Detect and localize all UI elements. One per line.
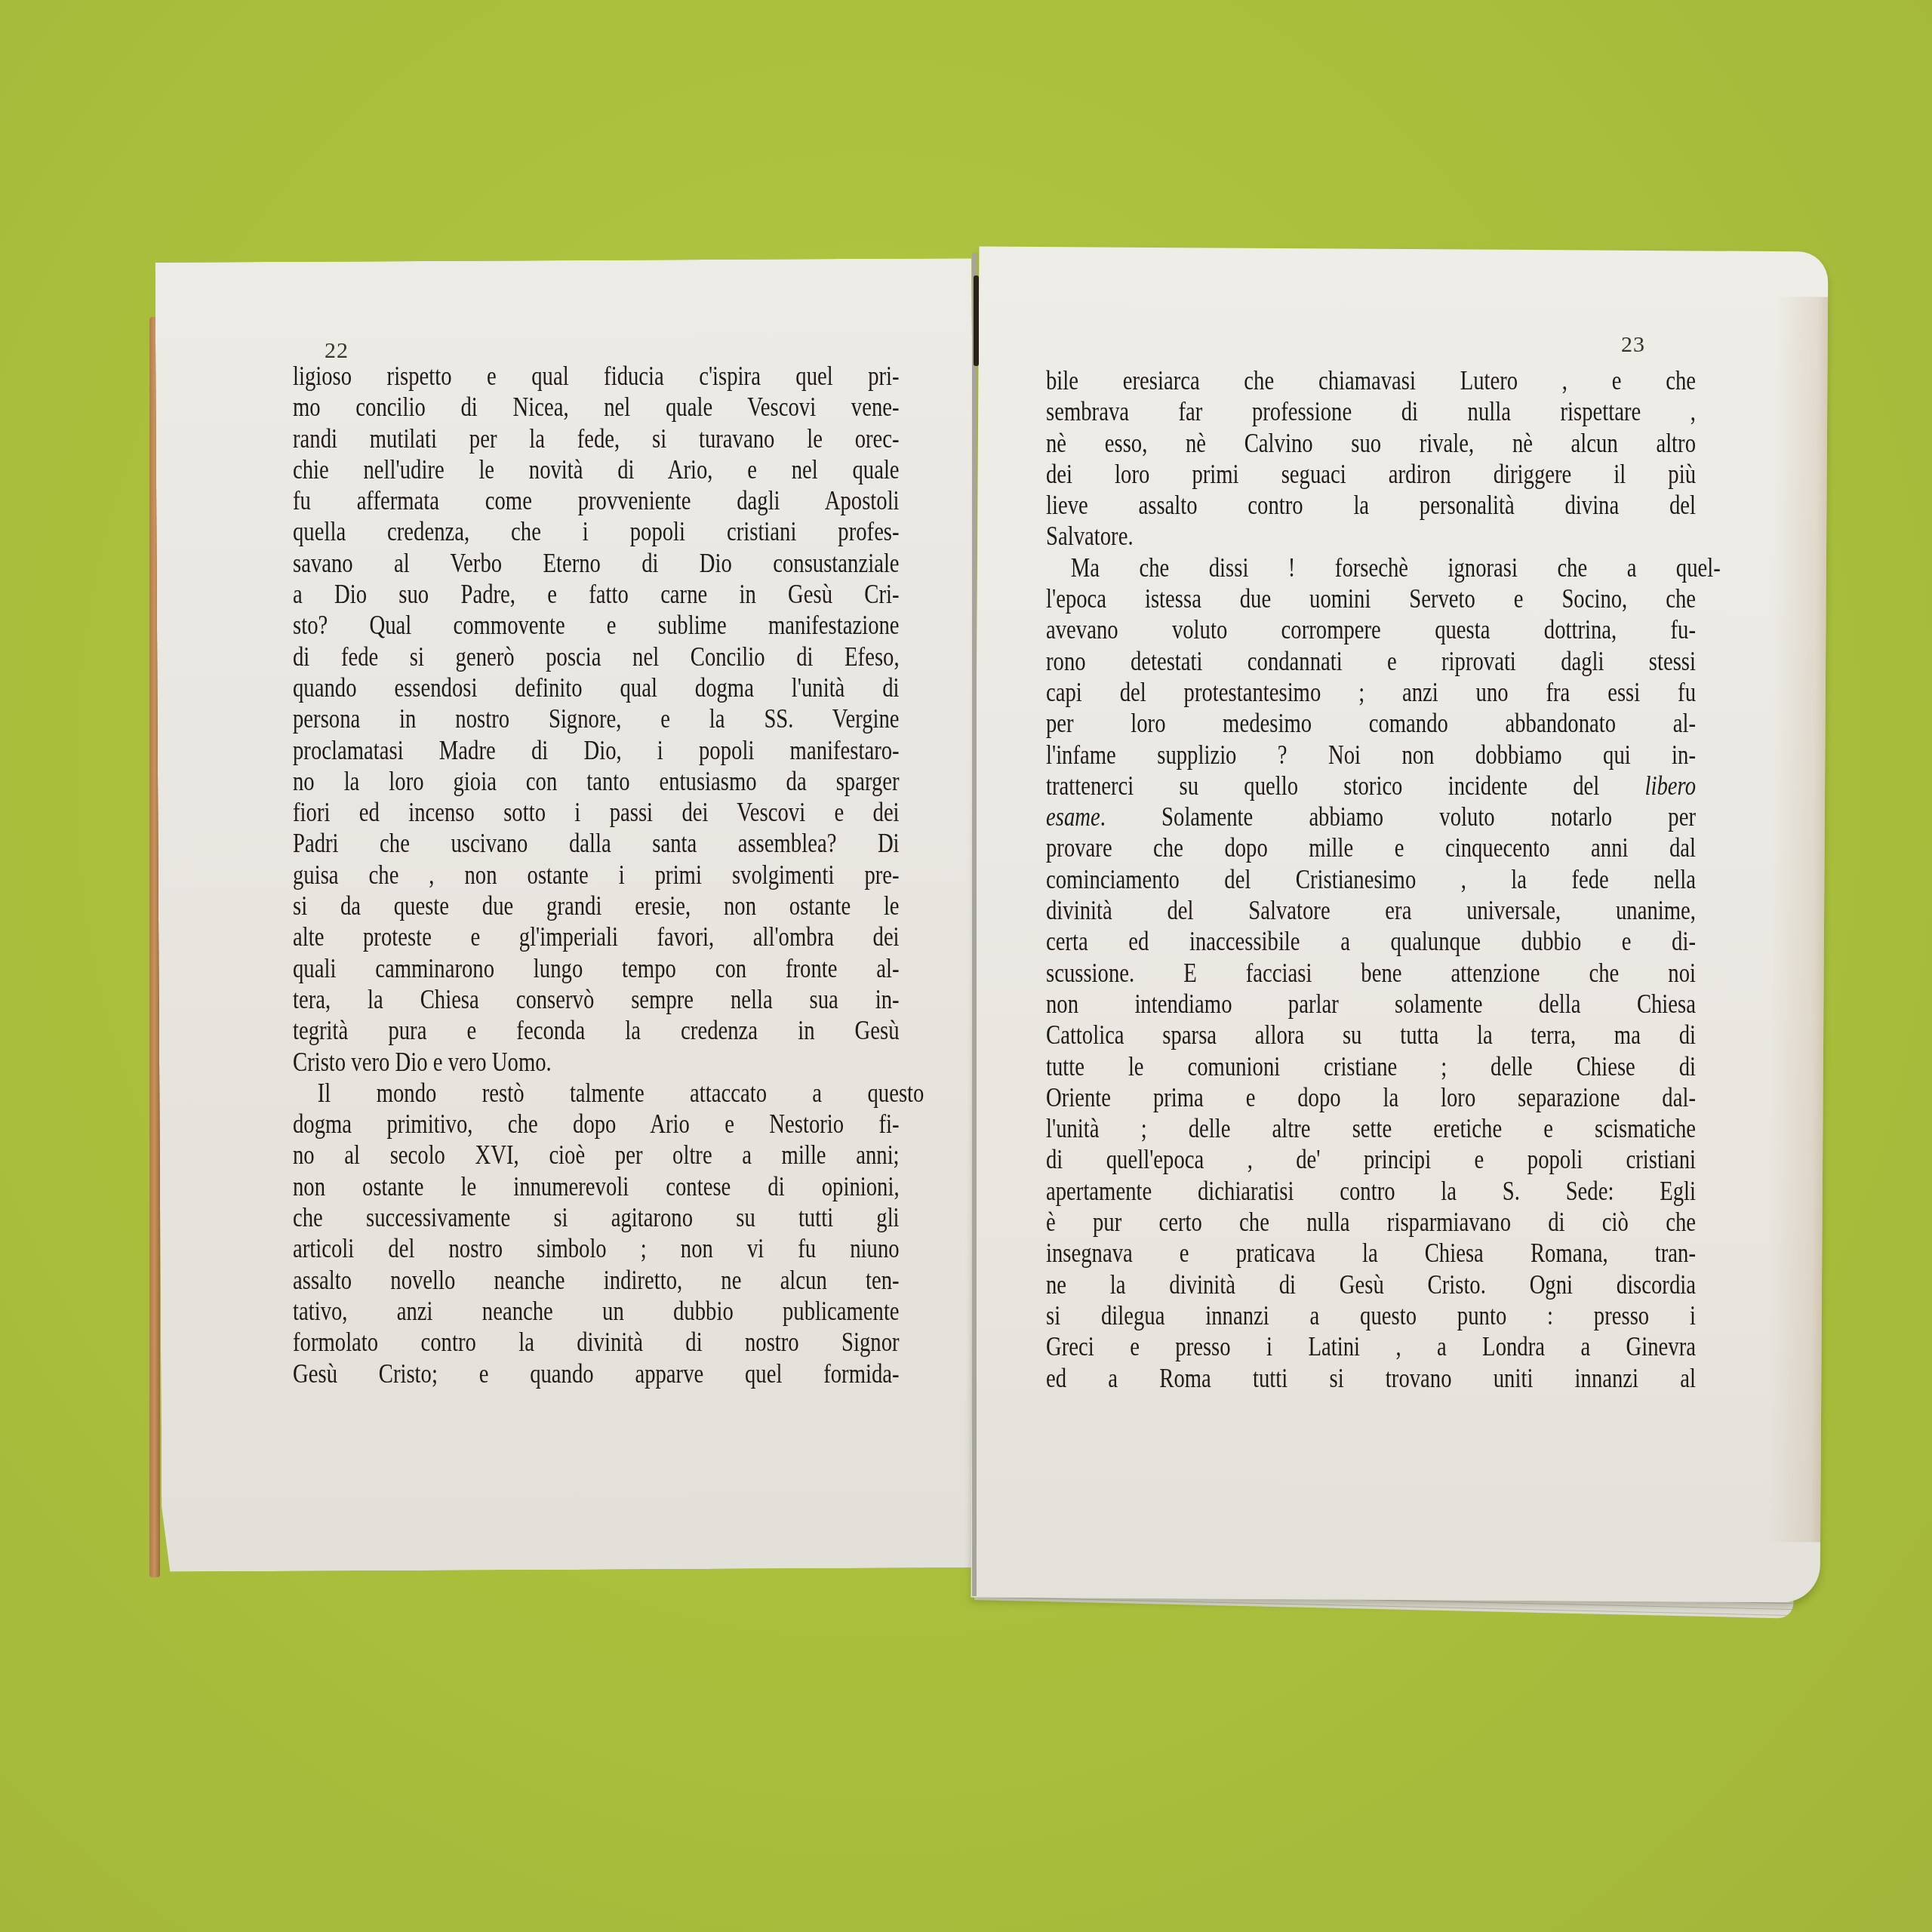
text-line: l'epoca istessa due uomini Serveto e Soc… bbox=[1046, 583, 1696, 614]
page-number-right: 23 bbox=[1621, 332, 1645, 358]
text-line: insegnava e praticava la Chiesa Romana, … bbox=[1046, 1238, 1696, 1269]
text-line-with-italic: trattenerci su quello storico incidente … bbox=[1046, 771, 1696, 801]
text-line: Oriente prima e dopo la loro separazione… bbox=[1046, 1082, 1696, 1113]
text-line: lieve assalto contro la personalità divi… bbox=[1046, 490, 1696, 521]
text-line: sto? Qual commovente e sublime manifesta… bbox=[293, 610, 900, 641]
text-line: ed a Roma tutti si trovano uniti innanzi… bbox=[1046, 1363, 1696, 1394]
text-line: apertamente dichiaratisi contro la S. Se… bbox=[1046, 1176, 1696, 1207]
text-line: articoli del nostro simbolo ; non vi fu … bbox=[293, 1233, 900, 1264]
text-line: l'unità ; delle altre sette eretiche e s… bbox=[1046, 1113, 1696, 1144]
text-line: savano al Verbo Eterno di Dio consustanz… bbox=[293, 548, 900, 579]
text-line: tativo, anzi neanche un dubbio publicame… bbox=[293, 1296, 900, 1327]
text-line: bile eresiarca che chiamavasi Lutero , e… bbox=[1046, 365, 1696, 396]
text-line: alte proteste e gl'imperiali favori, all… bbox=[293, 921, 900, 952]
text-line: si dilegua innanzi a questo punto : pres… bbox=[1046, 1300, 1696, 1331]
text-line: guisa che , non ostante i primi svolgime… bbox=[293, 860, 900, 891]
text-line: tutte le comunioni cristiane ; delle Chi… bbox=[1046, 1051, 1696, 1082]
text-line: Padri che uscivano dalla santa assemblea… bbox=[293, 828, 900, 859]
text-line: no al secolo XVI, cioè per oltre a mille… bbox=[293, 1140, 900, 1171]
paragraph-end-line: Cristo vero Dio e vero Uomo. bbox=[293, 1047, 900, 1078]
text-line: fu affermata come provveniente dagli Apo… bbox=[293, 485, 900, 516]
paragraph-start-line: Il mondo restò talmente attaccato a ques… bbox=[293, 1078, 924, 1109]
open-book: 22 23 ligioso rispetto e qual fiducia c'… bbox=[0, 0, 1932, 1932]
text-line: Greci e presso i Latini , a Londra a Gin… bbox=[1046, 1331, 1696, 1362]
text-line: esame. Solamente abbiamo voluto notarlo … bbox=[1046, 801, 1696, 832]
text-line: no la loro gioia con tanto entusiasmo da… bbox=[293, 766, 900, 797]
text-line: di quell'epoca , de' principi e popoli c… bbox=[1046, 1144, 1696, 1175]
text-line: Cattolica sparsa allora su tutta la terr… bbox=[1046, 1020, 1696, 1051]
text-line: avevano voluto corrompere questa dottrin… bbox=[1046, 614, 1696, 645]
text-line: fiori ed incenso sotto i passi dei Vesco… bbox=[293, 797, 900, 828]
text-line: capi del protestantesimo ; anzi uno fra … bbox=[1046, 677, 1696, 708]
text-line: dogma primitivo, che dopo Ario e Nestori… bbox=[293, 1109, 900, 1140]
text-line: ligioso rispetto e qual fiducia c'ispira… bbox=[293, 361, 900, 392]
text-line: di fede si generò poscia nel Concilio di… bbox=[293, 641, 900, 672]
text-line: nè esso, nè Calvino suo rivale, nè alcun… bbox=[1046, 428, 1696, 459]
text-line: quali camminarono lungo tempo con fronte… bbox=[293, 953, 900, 984]
left-page-text: ligioso rispetto e qual fiducia c'ispira… bbox=[293, 361, 900, 1389]
paragraph-start-line: Ma che dissi ! forsechè ignorasi che a q… bbox=[1046, 552, 1721, 583]
italic-term: esame bbox=[1046, 802, 1100, 832]
text-line: Gesù Cristo; e quando apparve quel formi… bbox=[293, 1358, 900, 1389]
text-line: l'infame supplizio ? Noi non dobbiamo qu… bbox=[1046, 740, 1696, 771]
text-line: a Dio suo Padre, e fatto carne in Gesù C… bbox=[293, 579, 900, 610]
text-line: scussione. E facciasi bene attenzione ch… bbox=[1046, 958, 1696, 989]
text-line: persona in nostro Signore, e la SS. Verg… bbox=[293, 703, 900, 734]
text-line: tegrità pura e feconda la credenza in Ge… bbox=[293, 1015, 900, 1046]
paragraph-end-line: Salvatore. bbox=[1046, 521, 1696, 552]
text-line: rono detestati condannati e riprovati da… bbox=[1046, 646, 1696, 677]
text-line: cominciamento del Cristianesimo , la fed… bbox=[1046, 864, 1696, 895]
text-line: quella credenza, che i popoli cristiani … bbox=[293, 516, 900, 547]
text-line: non intendiamo parlar solamente della Ch… bbox=[1046, 989, 1696, 1020]
text-line: ne la divinità di Gesù Cristo. Ogni disc… bbox=[1046, 1269, 1696, 1300]
page-number-left: 22 bbox=[325, 338, 349, 364]
text-line: sembrava far professione di nulla rispet… bbox=[1046, 396, 1696, 427]
text-line: quando essendosi definito qual dogma l'u… bbox=[293, 672, 900, 703]
text-line: tera, la Chiesa conservò sempre nella su… bbox=[293, 984, 900, 1015]
text-line: certa ed inaccessibile a qualunque dubbi… bbox=[1046, 926, 1696, 957]
text-line: è pur certo che nulla risparmiavano di c… bbox=[1046, 1207, 1696, 1238]
binding-thread bbox=[974, 275, 979, 366]
text-fragment: trattenerci su quello storico incidente … bbox=[1046, 771, 1599, 801]
text-line: mo concilio di Nicea, nel quale Vescovi … bbox=[293, 392, 900, 423]
text-line: per loro medesimo comando abbandonato al… bbox=[1046, 708, 1696, 739]
text-line: provare che dopo mille e cinquecento ann… bbox=[1046, 832, 1696, 863]
text-line: si da queste due grandi eresie, non osta… bbox=[293, 891, 900, 921]
text-line: non ostante le innumerevoli contese di o… bbox=[293, 1171, 900, 1202]
text-line: chie nell'udire le novità di Ario, e nel… bbox=[293, 454, 900, 485]
text-line: divinità del Salvatore era universale, u… bbox=[1046, 895, 1696, 926]
text-line: assalto novello neanche indiretto, ne al… bbox=[293, 1265, 900, 1296]
right-page-text: bile eresiarca che chiamavasi Lutero , e… bbox=[1046, 365, 1696, 1394]
book-gutter bbox=[972, 253, 977, 1596]
italic-term: libero bbox=[1645, 771, 1696, 801]
text-line: randi mutilati per la fede, si turavano … bbox=[293, 423, 900, 454]
text-line: che successivamente si agitarono su tutt… bbox=[293, 1202, 900, 1233]
text-line: proclamatasi Madre di Dio, i popoli mani… bbox=[293, 735, 900, 766]
text-line: formolato contro la divinità di nostro S… bbox=[293, 1327, 900, 1358]
text-line: dei loro primi seguaci ardiron diriggere… bbox=[1046, 459, 1696, 490]
